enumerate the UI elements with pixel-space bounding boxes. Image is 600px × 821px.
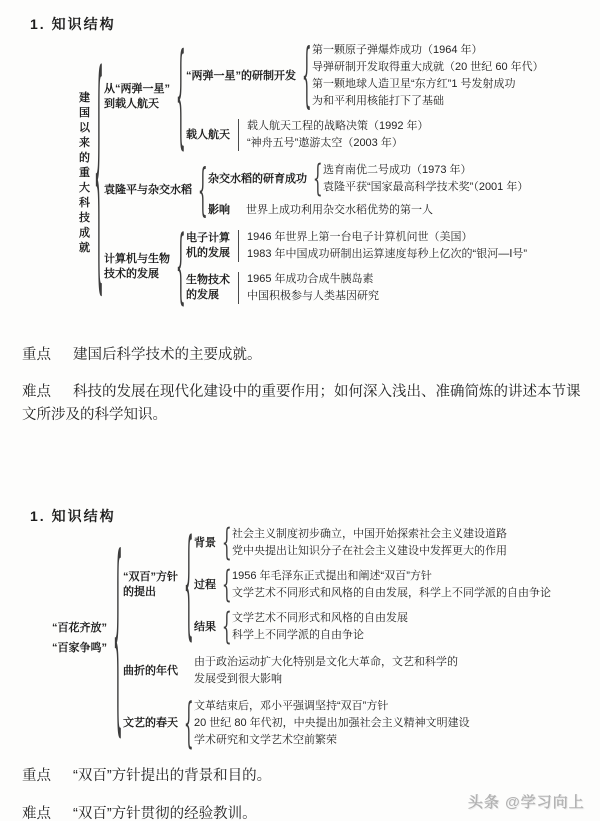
s2-branch2-label: 曲折的年代 xyxy=(123,664,178,679)
leaf-item: 文学艺术不同形式和风格的自由发展 xyxy=(232,610,408,627)
brace-bracket-icon: { xyxy=(113,534,120,741)
s1-branch1-label-line2: 到载人航天 xyxy=(104,97,170,112)
brace-bracket-icon: { xyxy=(94,48,101,300)
brace-bracket-icon: { xyxy=(313,161,320,197)
s1-branch3-label-line2: 技术的发展 xyxy=(104,267,170,282)
s1-branch2-sub1: 杂交水稻的研育成功 { 选育南优二号成功（1973 年） 袁隆平获“国家最高科学… xyxy=(208,162,528,196)
s1-branch1-sub2: 载人航天 载人航天工程的战略决策（1992 年） “神舟五号”遨游太空（2003… xyxy=(186,118,544,152)
s1-branch2-sub1-label: 杂交水稻的研育成功 xyxy=(208,172,307,187)
s1-branch2-children: 杂交水稻的研育成功 { 选育南优二号成功（1973 年） 袁隆平获“国家最高科学… xyxy=(208,162,528,219)
s2-branch3-label: 文艺的春天 xyxy=(123,716,178,731)
leaf-item: 第一颗地球人造卫星“东方红”1 号发射成功 xyxy=(312,76,544,93)
leaf-item: 为和平利用核能打下了基础 xyxy=(312,93,544,110)
s1-branch1-label: 从“两弹一星” 到载人航天 xyxy=(104,82,170,112)
leaf-item: 发展受到很大影响 xyxy=(194,671,458,688)
s1-difficult-point: 难点科技的发展在现代化建设中的重要作用；如何深入浅出、准确简炼的讲述本节课文所涉… xyxy=(22,381,582,427)
s2-root-label-line1: “百花齐放” xyxy=(52,618,107,638)
s2-branch3-leaves: 文革结束后，邓小平强调坚持“双百”方针 20 世纪 80 年代初，中央提出加强社… xyxy=(194,698,470,749)
s1-branch3-sub1: 电子计算 机的发展 1946 年世界上第一台电子计算机问世（美国） 1983 年… xyxy=(186,229,527,263)
s1-branch1-sub2-leaves: 载人航天工程的战略决策（1992 年） “神舟五号”遨游太空（2003 年） xyxy=(247,118,429,152)
leaf-item: 1956 年毛泽东正式提出和阐述“双百”方针 xyxy=(232,568,551,585)
brace-bracket-icon: { xyxy=(222,525,229,561)
toutiao-watermark: 头条 @学习向上 xyxy=(468,791,585,812)
s1-root-node: 建国以来的重大科技成就 { 从“两弹一星” 到载人航天 { “两弹一星”的研制开… xyxy=(78,42,544,305)
leaf-item: 载人航天工程的战略决策（1992 年） xyxy=(247,118,429,135)
s1-branch3-sub2: 生物技术 的发展 1965 年成功合成牛胰岛素 中国积极参与人类基因研究 xyxy=(186,271,527,305)
s2-branch1: “双百”方针 的提出 { 背景 { 社会主义制度初步确立，中国开始探索社会主义建… xyxy=(123,526,551,644)
s2-key-point: 重点“双百”方针提出的背景和目的。 xyxy=(22,765,271,788)
leaf-item: 学术研究和文学艺术空前繁荣 xyxy=(194,732,470,749)
brace-bracket-icon: { xyxy=(184,526,191,644)
s1-branches: 从“两弹一星” 到载人航天 { “两弹一星”的研制开发 { 第一颗原子弹爆炸成功… xyxy=(104,42,544,305)
s2-result-leaves: 文学艺术不同形式和风格的自由发展 科学上不同学派的自由争论 xyxy=(232,610,408,644)
s2-branch1-label: “双百”方针 的提出 xyxy=(123,570,178,600)
leaf-item: 文革结束后，邓小平强调坚持“双百”方针 xyxy=(194,698,470,715)
leaf-item: 文学艺术不同形式和风格的自由发展，科学上不同学派的自由争论 xyxy=(232,585,551,602)
s1-branch2-sub1-leaves: 选育南优二号成功（1973 年） 袁隆平获“国家最高科学技术奖”（2001 年） xyxy=(323,162,528,196)
leaf-item: “神舟五号”遨游太空（2003 年） xyxy=(247,135,429,152)
s1-branch1: 从“两弹一星” 到载人航天 { “两弹一星”的研制开发 { 第一颗原子弹爆炸成功… xyxy=(104,42,544,152)
s1-branch1-sub1: “两弹一星”的研制开发 { 第一颗原子弹爆炸成功（1964 年） 导弹研制开发取… xyxy=(186,42,544,110)
s1-branch3-label: 计算机与生物 技术的发展 xyxy=(104,252,170,282)
s2-background-leaves: 社会主义制度初步确立，中国开始探索社会主义建设道路 党中央提出让知识分子在社会主… xyxy=(232,526,507,560)
leaf-item: 1965 年成功合成牛胰岛素 xyxy=(247,271,379,288)
s1-branch3-sub2-label-line1: 生物技术 xyxy=(186,273,230,288)
vertical-divider xyxy=(238,230,239,262)
leaf-item: 社会主义制度初步确立，中国开始探索社会主义建设道路 xyxy=(232,526,507,543)
s2-root-label: “百花齐放” “百家争鸣” xyxy=(52,618,107,658)
leaf-item: 党中央提出让知识分子在社会主义建设中发挥更大的作用 xyxy=(232,543,507,560)
s1-branch2: 袁隆平与杂交水稻 { 杂交水稻的研育成功 { 选育南优二号成功（1973 年） … xyxy=(104,162,544,219)
s1-branch3-sub2-label-line2: 的发展 xyxy=(186,288,230,303)
s2-key-point-text: “双百”方针提出的背景和目的。 xyxy=(73,768,271,784)
leaf-item: 导弹研制开发取得重大成就（20 世纪 60 年代） xyxy=(312,59,544,76)
s1-branch3: 计算机与生物 技术的发展 { 电子计算 机的发展 1946 年世界上第 xyxy=(104,229,544,305)
s1-branch1-sub1-leaves: 第一颗原子弹爆炸成功（1964 年） 导弹研制开发取得重大成就（20 世纪 60… xyxy=(312,42,544,110)
s2-branch1-label-line1: “双百”方针 xyxy=(123,570,178,585)
s1-branch3-sub1-label-line2: 机的发展 xyxy=(186,246,230,261)
s1-branch3-label-line1: 计算机与生物 xyxy=(104,252,170,267)
s1-key-point-text: 建国后科学技术的主要成就。 xyxy=(73,347,262,363)
brace-bracket-icon: { xyxy=(176,41,183,153)
s1-branch3-sub1-leaves: 1946 年世界上第一台电子计算机问世（美国） 1983 年中国成功研制出运算速… xyxy=(247,229,527,263)
leaf-item: 世界上成功利用杂交水稻优势的第一人 xyxy=(246,202,433,219)
s2-root-node: “百花齐放” “百家争鸣” { “双百”方针 的提出 { 背景 { xyxy=(52,526,551,749)
s2-branch1-background: 背景 { 社会主义制度初步确立，中国开始探索社会主义建设道路 党中央提出让知识分… xyxy=(194,526,551,560)
s1-branch3-sub1-label-line1: 电子计算 xyxy=(186,231,230,246)
brace-bracket-icon: { xyxy=(222,567,229,603)
s1-branch2-sub2: 影响 世界上成功利用杂交水稻优势的第一人 xyxy=(208,202,528,219)
brace-bracket-icon: { xyxy=(198,163,205,219)
leaf-item: 第一颗原子弹爆炸成功（1964 年） xyxy=(312,42,544,59)
s2-branch1-label-line2: 的提出 xyxy=(123,585,178,600)
s1-branch1-sub1-label: “两弹一星”的研制开发 xyxy=(186,69,296,84)
vertical-divider xyxy=(238,119,239,151)
s2-branches: “双百”方针 的提出 { 背景 { 社会主义制度初步确立，中国开始探索社会主义建… xyxy=(123,526,551,749)
document-page: 1. 知识结构 建国以来的重大科技成就 { 从“两弹一星” 到载人航天 { “两… xyxy=(0,0,600,821)
s2-branch1-process: 过程 { 1956 年毛泽东正式提出和阐述“双百”方针 文学艺术不同形式和风格的… xyxy=(194,568,551,602)
s2-branch3: 文艺的春天 { 文革结束后，邓小平强调坚持“双百”方针 20 世纪 80 年代初… xyxy=(123,698,551,749)
s1-branch1-children: “两弹一星”的研制开发 { 第一颗原子弹爆炸成功（1964 年） 导弹研制开发取… xyxy=(186,42,544,152)
s2-process-label: 过程 xyxy=(194,578,216,593)
brace-bracket-icon: { xyxy=(302,41,309,111)
s1-key-point-label: 重点 xyxy=(22,347,51,363)
s2-difficult-point: 难点“双百”方针贯彻的经验教训。 xyxy=(22,803,257,821)
s2-difficult-point-text: “双百”方针贯彻的经验教训。 xyxy=(73,806,257,821)
s1-branch2-label: 袁隆平与杂交水稻 xyxy=(104,183,192,198)
leaf-item: 由于政治运动扩大化特别是文化大革命，文艺和科学的 xyxy=(194,654,458,671)
leaf-item: 1983 年中国成功研制出运算速度每秒上亿次的“银河—Ⅰ号” xyxy=(247,246,527,263)
brace-bracket-icon: { xyxy=(184,697,191,750)
s1-branch1-sub2-label: 载人航天 xyxy=(186,128,230,143)
leaf-item: 选育南优二号成功（1973 年） xyxy=(323,162,528,179)
s1-key-point: 重点建国后科学技术的主要成就。 xyxy=(22,344,262,367)
brace-bracket-icon: { xyxy=(176,226,183,307)
s2-result-label: 结果 xyxy=(194,620,216,635)
section1-knowledge-structure-diagram: 建国以来的重大科技成就 { 从“两弹一星” 到载人航天 { “两弹一星”的研制开… xyxy=(78,42,544,305)
s2-difficult-point-label: 难点 xyxy=(22,806,51,821)
s2-key-point-label: 重点 xyxy=(22,768,51,784)
leaf-item: 科学上不同学派的自由争论 xyxy=(232,627,408,644)
s1-branch3-sub1-label: 电子计算 机的发展 xyxy=(186,231,230,261)
s1-branch1-label-line1: 从“两弹一星” xyxy=(104,82,170,97)
brace-bracket-icon: { xyxy=(222,609,229,645)
s2-process-leaves: 1956 年毛泽东正式提出和阐述“双百”方针 文学艺术不同形式和风格的自由发展，… xyxy=(232,568,551,602)
s1-branch2-sub2-label: 影响 xyxy=(208,203,230,218)
leaf-item: 20 世纪 80 年代初，中央提出加强社会主义精神文明建设 xyxy=(194,715,470,732)
s1-difficult-point-label: 难点 xyxy=(22,384,51,400)
s1-branch3-sub2-label: 生物技术 的发展 xyxy=(186,273,230,303)
s1-difficult-point-text: 科技的发展在现代化建设中的重要作用；如何深入浅出、准确简炼的讲述本节课文所涉及的… xyxy=(22,384,581,423)
s2-branch1-result: 结果 { 文学艺术不同形式和风格的自由发展 科学上不同学派的自由争论 xyxy=(194,610,551,644)
leaf-item: 袁隆平获“国家最高科学技术奖”（2001 年） xyxy=(323,179,528,196)
s1-root-label: 建国以来的重大科技成就 xyxy=(78,91,91,256)
section2-knowledge-structure-diagram: “百花齐放” “百家争鸣” { “双百”方针 的提出 { 背景 { xyxy=(52,526,551,749)
vertical-divider xyxy=(238,272,239,304)
s1-branch2-sub2-leaves: 世界上成功利用杂交水稻优势的第一人 xyxy=(246,202,433,219)
s2-branch1-children: 背景 { 社会主义制度初步确立，中国开始探索社会主义建设道路 党中央提出让知识分… xyxy=(194,526,551,644)
leaf-item: 1946 年世界上第一台电子计算机问世（美国） xyxy=(247,229,527,246)
leaf-item: 中国积极参与人类基因研究 xyxy=(247,288,379,305)
s2-branch2-leaves: 由于政治运动扩大化特别是文化大革命，文艺和科学的 发展受到很大影响 xyxy=(194,654,458,688)
s1-branch3-sub2-leaves: 1965 年成功合成牛胰岛素 中国积极参与人类基因研究 xyxy=(247,271,379,305)
section2-title: 1. 知识结构 xyxy=(30,506,116,526)
s2-branch2: 曲折的年代 由于政治运动扩大化特别是文化大革命，文艺和科学的 发展受到很大影响 xyxy=(123,654,551,688)
s2-background-label: 背景 xyxy=(194,536,216,551)
s1-branch3-children: 电子计算 机的发展 1946 年世界上第一台电子计算机问世（美国） 1983 年… xyxy=(186,229,527,305)
s2-root-label-line2: “百家争鸣” xyxy=(52,638,107,658)
